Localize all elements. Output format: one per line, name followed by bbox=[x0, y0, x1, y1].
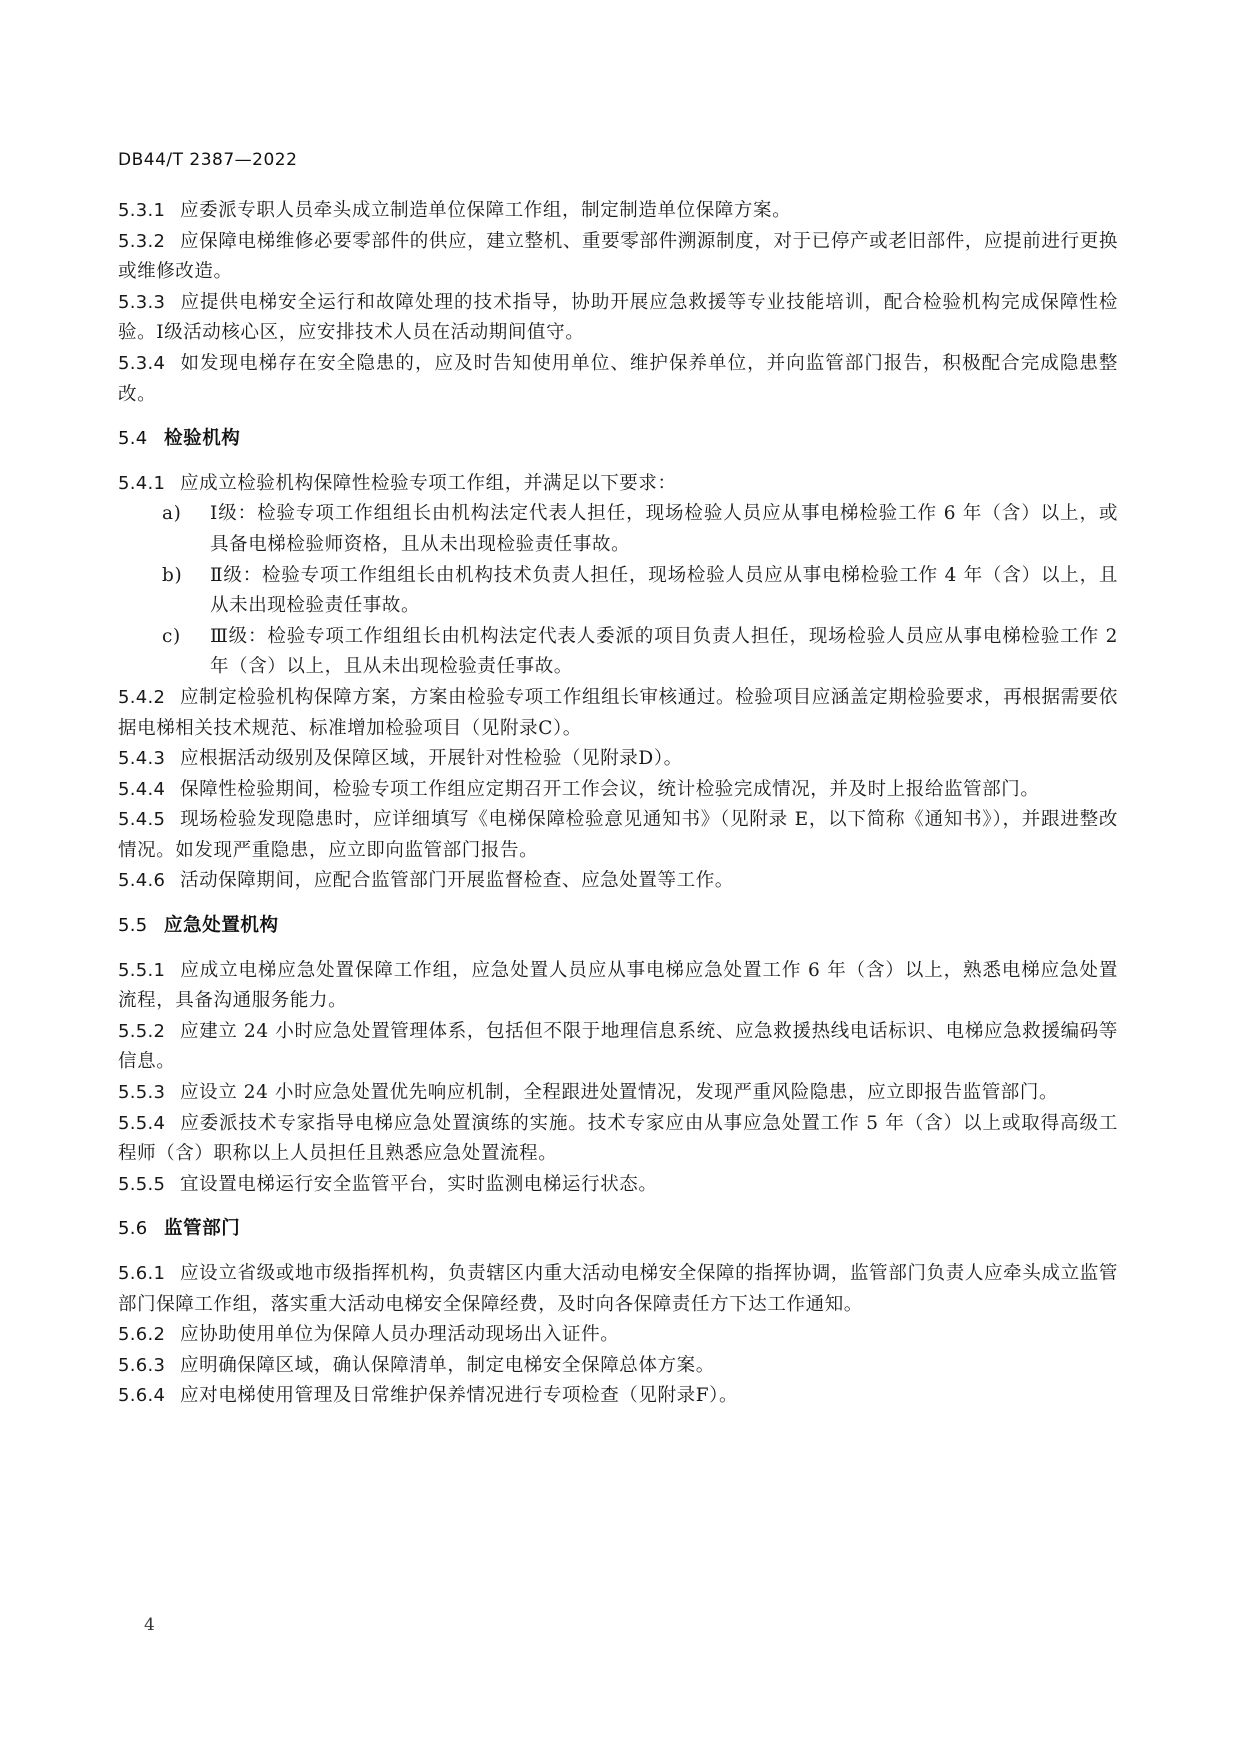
clause-5-5-5: 5.5.5宜设置电梯运行安全监管平台，实时监测电梯运行状态。 bbox=[118, 1170, 1118, 1201]
clause-5-4-4: 5.4.4保障性检验期间，检验专项工作组应定期召开工作会议，统计检验完成情况，并… bbox=[118, 775, 1118, 806]
clause-number: 5.5.1 bbox=[118, 956, 170, 987]
clause-text: 应保障电梯维修必要零部件的供应，建立整机、重要零部件溯源制度，对于已停产或老旧部… bbox=[118, 231, 1118, 283]
clause-5-3-4: 5.3.4如发现电梯存在安全隐患的，应及时告知使用单位、维护保养单位，并向监管部… bbox=[118, 349, 1118, 410]
clause-number: 5.4.5 bbox=[118, 805, 170, 836]
clause-number: 5.3.4 bbox=[118, 349, 170, 380]
clause-number: 5.4.1 bbox=[118, 469, 170, 500]
section-title: 监管部门 bbox=[164, 1218, 240, 1239]
clause-text: 应对电梯使用管理及日常维护保养情况进行专项检查（见附录F）。 bbox=[180, 1385, 738, 1406]
clause-5-5-3: 5.5.3应设立 24 小时应急处置优先响应机制，全程跟进处置情况，发现严重风险… bbox=[118, 1078, 1118, 1109]
clause-number: 5.6.4 bbox=[118, 1381, 170, 1412]
clause-text: 应成立电梯应急处置保障工作组，应急处置人员应从事电梯应急处置工作 6 年（含）以… bbox=[118, 960, 1118, 1012]
section-number: 5.5 bbox=[118, 911, 154, 942]
clause-5-5-2: 5.5.2应建立 24 小时应急处置管理体系，包括但不限于地理信息系统、应急救援… bbox=[118, 1017, 1118, 1078]
clause-text: 应设立省级或地市级指挥机构，负责辖区内重大活动电梯安全保障的指挥协调，监管部门负… bbox=[118, 1263, 1118, 1315]
list-item-text: Ⅰ级：检验专项工作组组长由机构法定代表人担任，现场检验人员应从事电梯检验工作 6… bbox=[210, 503, 1118, 555]
clause-number: 5.4.4 bbox=[118, 775, 170, 806]
section-title: 检验机构 bbox=[164, 428, 240, 449]
clause-text: 应根据活动级别及保障区域，开展针对性检验（见附录D）。 bbox=[180, 748, 683, 769]
clause-5-3-3: 5.3.3应提供电梯安全运行和故障处理的技术指导，协助开展应急救援等专业技能培训… bbox=[118, 288, 1118, 349]
list-item-text: Ⅱ级：检验专项工作组组长由机构技术负责人担任，现场检验人员应从事电梯检验工作 4… bbox=[210, 565, 1118, 617]
clause-number: 5.6.1 bbox=[118, 1259, 170, 1290]
clause-5-3-2: 5.3.2应保障电梯维修必要零部件的供应，建立整机、重要零部件溯源制度，对于已停… bbox=[118, 227, 1118, 288]
list-item-b: b)Ⅱ级：检验专项工作组组长由机构技术负责人担任，现场检验人员应从事电梯检验工作… bbox=[118, 561, 1118, 622]
clause-text: 应建立 24 小时应急处置管理体系，包括但不限于地理信息系统、应急救援热线电话标… bbox=[118, 1021, 1118, 1073]
list-marker: a) bbox=[162, 499, 181, 530]
clause-5-4-5: 5.4.5现场检验发现隐患时，应详细填写《电梯保障检验意见通知书》（见附录 E，… bbox=[118, 805, 1118, 866]
clause-5-6-1: 5.6.1应设立省级或地市级指挥机构，负责辖区内重大活动电梯安全保障的指挥协调，… bbox=[118, 1259, 1118, 1320]
clause-text: 现场检验发现隐患时，应详细填写《电梯保障检验意见通知书》（见附录 E，以下简称《… bbox=[118, 809, 1118, 861]
clause-number: 5.4.3 bbox=[118, 744, 170, 775]
clause-5-4-1: 5.4.1应成立检验机构保障性检验专项工作组，并满足以下要求： bbox=[118, 469, 1118, 500]
clause-5-6-2: 5.6.2应协助使用单位为保障人员办理活动现场出入证件。 bbox=[118, 1320, 1118, 1351]
clause-number: 5.5.5 bbox=[118, 1170, 170, 1201]
clause-number: 5.6.2 bbox=[118, 1320, 170, 1351]
section-title: 应急处置机构 bbox=[164, 915, 279, 936]
clause-5-6-4: 5.6.4应对电梯使用管理及日常维护保养情况进行专项检查（见附录F）。 bbox=[118, 1381, 1118, 1412]
section-heading-5-5: 5.5应急处置机构 bbox=[118, 911, 1118, 942]
clause-number: 5.3.2 bbox=[118, 227, 170, 258]
section-heading-5-4: 5.4检验机构 bbox=[118, 424, 1118, 455]
clause-text: 保障性检验期间，检验专项工作组应定期召开工作会议，统计检验完成情况，并及时上报给… bbox=[180, 779, 1040, 800]
clause-5-5-1: 5.5.1应成立电梯应急处置保障工作组，应急处置人员应从事电梯应急处置工作 6 … bbox=[118, 956, 1118, 1017]
clause-5-5-4: 5.5.4应委派技术专家指导电梯应急处置演练的实施。技术专家应由从事应急处置工作… bbox=[118, 1109, 1118, 1170]
clause-text: 应设立 24 小时应急处置优先响应机制，全程跟进处置情况，发现严重风险隐患，应立… bbox=[180, 1082, 1058, 1103]
clause-5-4-3: 5.4.3应根据活动级别及保障区域，开展针对性检验（见附录D）。 bbox=[118, 744, 1118, 775]
clause-text: 应协助使用单位为保障人员办理活动现场出入证件。 bbox=[180, 1324, 619, 1345]
clause-number: 5.4.6 bbox=[118, 866, 170, 897]
clause-5-6-3: 5.6.3应明确保障区域，确认保障清单，制定电梯安全保障总体方案。 bbox=[118, 1351, 1118, 1382]
list-marker: b) bbox=[162, 561, 182, 592]
clause-text: 应委派专职人员牵头成立制造单位保障工作组，制定制造单位保障方案。 bbox=[180, 200, 791, 221]
clause-text: 应制定检验机构保障方案，方案由检验专项工作组组长审核通过。检验项目应涵盖定期检验… bbox=[118, 687, 1118, 739]
page-number: 4 bbox=[144, 1615, 155, 1635]
clause-text: 活动保障期间，应配合监管部门开展监督检查、应急处置等工作。 bbox=[180, 870, 734, 891]
section-number: 5.4 bbox=[118, 424, 154, 455]
clause-text: 应成立检验机构保障性检验专项工作组，并满足以下要求： bbox=[180, 473, 677, 494]
list-marker: c) bbox=[162, 622, 181, 653]
clause-text: 宜设置电梯运行安全监管平台，实时监测电梯运行状态。 bbox=[180, 1174, 658, 1195]
list-item-c: c)Ⅲ级：检验专项工作组组长由机构法定代表人委派的项目负责人担任，现场检验人员应… bbox=[118, 622, 1118, 683]
clause-5-3-1: 5.3.1应委派专职人员牵头成立制造单位保障工作组，制定制造单位保障方案。 bbox=[118, 196, 1118, 227]
clause-text: 应明确保障区域，确认保障清单，制定电梯安全保障总体方案。 bbox=[180, 1355, 715, 1376]
clause-5-4-6: 5.4.6活动保障期间，应配合监管部门开展监督检查、应急处置等工作。 bbox=[118, 866, 1118, 897]
clause-number: 5.3.1 bbox=[118, 196, 170, 227]
clause-number: 5.5.2 bbox=[118, 1017, 170, 1048]
document-page: DB44/T 2387—2022 5.3.1应委派专职人员牵头成立制造单位保障工… bbox=[0, 0, 1241, 1754]
clause-number: 5.4.2 bbox=[118, 683, 170, 714]
clause-number: 5.6.3 bbox=[118, 1351, 170, 1382]
clause-text: 应委派技术专家指导电梯应急处置演练的实施。技术专家应由从事应急处置工作 5 年（… bbox=[118, 1113, 1118, 1165]
section-number: 5.6 bbox=[118, 1214, 154, 1245]
standard-code-header: DB44/T 2387—2022 bbox=[118, 150, 297, 170]
clause-text: 如发现电梯存在安全隐患的，应及时告知使用单位、维护保养单位，并向监管部门报告，积… bbox=[118, 353, 1118, 405]
clause-number: 5.5.4 bbox=[118, 1109, 170, 1140]
document-body: 5.3.1应委派专职人员牵头成立制造单位保障工作组，制定制造单位保障方案。 5.… bbox=[118, 196, 1118, 1412]
list-item-text: Ⅲ级：检验专项工作组组长由机构法定代表人委派的项目负责人担任，现场检验人员应从事… bbox=[210, 626, 1118, 678]
clause-number: 5.3.3 bbox=[118, 288, 170, 319]
clause-text: 应提供电梯安全运行和故障处理的技术指导，协助开展应急救援等专业技能培训，配合检验… bbox=[118, 292, 1118, 344]
section-heading-5-6: 5.6监管部门 bbox=[118, 1214, 1118, 1245]
list-item-a: a)Ⅰ级：检验专项工作组组长由机构法定代表人担任，现场检验人员应从事电梯检验工作… bbox=[118, 499, 1118, 560]
clause-5-4-2: 5.4.2应制定检验机构保障方案，方案由检验专项工作组组长审核通过。检验项目应涵… bbox=[118, 683, 1118, 744]
clause-number: 5.5.3 bbox=[118, 1078, 170, 1109]
requirements-list: a)Ⅰ级：检验专项工作组组长由机构法定代表人担任，现场检验人员应从事电梯检验工作… bbox=[118, 499, 1118, 683]
